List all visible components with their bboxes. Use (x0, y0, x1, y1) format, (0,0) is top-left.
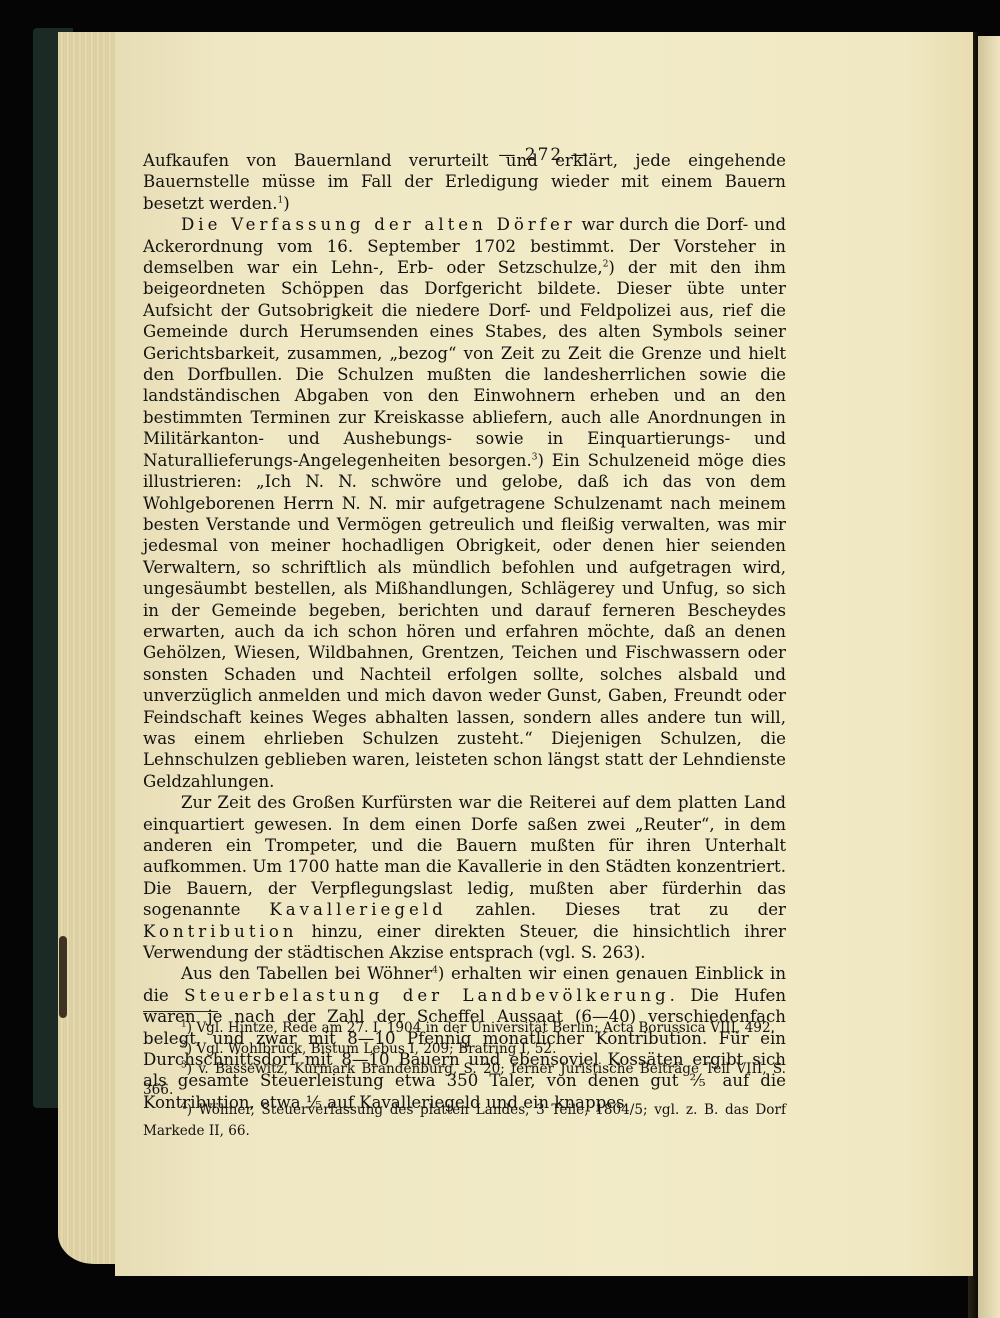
emphasized-term: Kontribution (143, 922, 298, 941)
footnote: 4) Wöhner, Steuerverfassung des platten … (143, 1100, 786, 1141)
footnote-ref: 2 (603, 260, 609, 270)
page-stain-mark (59, 936, 67, 1018)
footnote-ref: 4 (432, 966, 438, 976)
footnote: 1) Vgl. Hintze, Rede am 27. I. 1904 in d… (143, 1018, 786, 1039)
footnotes: 1) Vgl. Hintze, Rede am 27. I. 1904 in d… (143, 1018, 786, 1142)
footnote-mark: 4 (181, 1102, 187, 1112)
paragraph: Die Verfassung der alten Dörfer war durc… (143, 214, 786, 792)
paragraph: Zur Zeit des Großen Kurfürsten war die R… (143, 792, 786, 963)
footnote-divider (143, 1011, 218, 1012)
footnote-ref: 1 (278, 195, 284, 205)
emphasized-term: Die Verfassung der alten Dörfer (181, 215, 576, 234)
body-text: Aufkaufen von Bauernland verurteilt und … (143, 150, 786, 1113)
footnote: 3) v. Bassewitz, Kurmark Brandenburg, S.… (143, 1059, 786, 1100)
page-stack-edge (58, 32, 120, 1264)
footnote: 2) Vgl. Wohlbrück, Bistum Lebus I, 209; … (143, 1039, 786, 1060)
emphasized-term: Steuerbelastung der Landbevölkerung (184, 986, 669, 1005)
footnote-mark: 1 (181, 1019, 187, 1029)
facing-page-edge (978, 36, 1000, 1318)
footnote-mark: 2 (181, 1040, 187, 1050)
footnote-mark: 3 (181, 1061, 187, 1071)
paragraph: Aufkaufen von Bauernland verurteilt und … (143, 150, 786, 214)
footnote-ref: 3 (532, 452, 538, 462)
emphasized-term: Kavalleriegeld (269, 900, 446, 919)
